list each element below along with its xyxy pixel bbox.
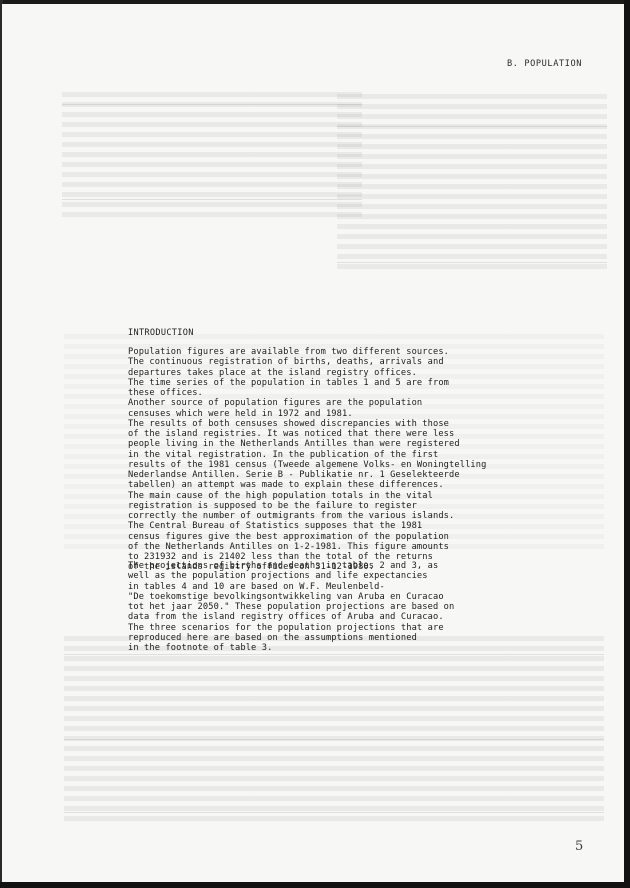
page-number: 5	[575, 839, 583, 854]
text-line: in the vital registration. In the public…	[128, 450, 486, 460]
text-line: of the island registries. It was noticed…	[128, 429, 486, 439]
bleed-through-rule	[64, 739, 604, 740]
text-line: Population figures are available from tw…	[128, 347, 486, 357]
bleed-through-rule	[64, 812, 604, 813]
text-line: Another source of population figures are…	[128, 398, 486, 408]
text-line: these offices.	[128, 388, 486, 398]
scan-edge-bottom	[0, 882, 630, 888]
text-line: The Central Bureau of Statistics suppose…	[128, 521, 486, 531]
text-line: tot het jaar 2050." These population pro…	[128, 602, 454, 612]
bleed-through-table-top-left	[62, 92, 362, 222]
text-line: well as the population projections and l…	[128, 571, 454, 581]
text-line: reproduced here are based on the assumpt…	[128, 633, 454, 643]
bleed-through-table-top-right	[337, 94, 607, 274]
text-line: The projections of births and deaths in …	[128, 561, 454, 571]
text-line: The three scenarios for the population p…	[128, 623, 454, 633]
text-line: The results of both censuses showed disc…	[128, 419, 486, 429]
text-line: correctly the number of outmigrants from…	[128, 511, 486, 521]
text-line: registration is supposed to be the failu…	[128, 501, 486, 511]
scan-edge-right	[624, 0, 630, 888]
bleed-through-rule	[62, 199, 362, 200]
text-line: data from the island registry offices of…	[128, 612, 454, 622]
text-line: people living in the Netherlands Antille…	[128, 439, 486, 449]
bleed-through-table-bottom	[64, 636, 604, 826]
text-line: of the Netherlands Antilles on 1-2-1981.…	[128, 542, 486, 552]
introduction-paragraph-1: Population figures are available from tw…	[128, 347, 486, 573]
text-line: The continuous registration of births, d…	[128, 357, 486, 367]
text-line: tabellen) an attempt was made to explain…	[128, 480, 486, 490]
text-line: The time series of the population in tab…	[128, 378, 486, 388]
text-line: Nederlandse Antillen. Serie B - Publikat…	[128, 470, 486, 480]
text-line: in the footnote of table 3.	[128, 643, 454, 653]
document-page: B. POPULATION INTRODUCTION Population fi…	[2, 4, 624, 882]
bleed-through-rule	[64, 654, 604, 655]
bleed-through-rule	[337, 126, 607, 127]
text-line: The main cause of the high population to…	[128, 491, 486, 501]
text-line: censuses which were held in 1972 and 198…	[128, 409, 486, 419]
text-line: census figures give the best approximati…	[128, 532, 486, 542]
bleed-through-rule	[337, 262, 607, 263]
text-line: results of the 1981 census (Tweede algem…	[128, 460, 486, 470]
text-line: "De toekomstige bevolkingsontwikkeling v…	[128, 592, 454, 602]
text-line: in tables 4 and 10 are based on W.F. Meu…	[128, 582, 454, 592]
introduction-paragraph-2: The projections of births and deaths in …	[128, 561, 454, 653]
bleed-through-rule	[62, 104, 362, 105]
running-head: B. POPULATION	[507, 59, 582, 69]
text-line: departures takes place at the island reg…	[128, 368, 486, 378]
section-title: INTRODUCTION	[128, 328, 194, 338]
